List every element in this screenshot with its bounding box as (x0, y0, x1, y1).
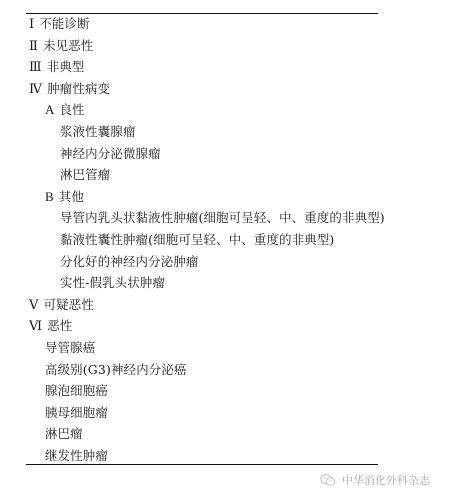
row-text: 未见恶性 (43, 38, 93, 53)
row-text: 恶性 (47, 318, 72, 333)
table-row: 浆液性囊腺瘤 (60, 121, 136, 142)
watermark-text: 中华消化外科杂志 (342, 472, 430, 488)
table-row: Ⅲ非典型 (29, 56, 85, 77)
table-row: 胰母细胞瘤 (45, 402, 108, 423)
table-row: Ⅱ未见恶性 (29, 35, 93, 56)
table-row: Ⅳ肿瘤性病变 (29, 78, 110, 99)
row-text: 导管内乳头状黏液性肿瘤(细胞可呈轻、中、重度的非典型) (60, 210, 385, 225)
row-text: 其他 (59, 189, 84, 204)
row-text: 淋巴瘤 (45, 426, 83, 441)
row-text: 肿瘤性病变 (47, 81, 110, 96)
table-bottom-rule (26, 464, 378, 465)
table-row: Ⅵ恶性 (29, 315, 72, 336)
row-letter: A (45, 99, 55, 120)
row-number: Ⅲ (29, 56, 42, 77)
row-text: 黏液性囊性肿瘤(细胞可呈轻、中、重度的非典型) (60, 232, 334, 247)
row-number: Ⅳ (29, 78, 42, 99)
row-text: 腺泡细胞癌 (45, 383, 108, 398)
row-text: 分化好的神经内分泌肿瘤 (60, 254, 199, 269)
table-row: Ⅰ不能诊断 (29, 13, 90, 34)
row-number: Ⅴ (29, 294, 39, 315)
table-row: 分化好的神经内分泌肿瘤 (60, 251, 199, 272)
row-text: 导管腺癌 (45, 340, 95, 355)
row-number: Ⅰ (29, 13, 34, 34)
row-text: 神经内分泌微腺瘤 (60, 146, 161, 161)
table-row: 导管内乳头状黏液性肿瘤(细胞可呈轻、中、重度的非典型) (60, 207, 385, 228)
table-row: B其他 (45, 186, 84, 207)
table-row: 导管腺癌 (45, 337, 95, 358)
row-text: 实性-假乳头状肿瘤 (60, 275, 165, 290)
row-text: 高级别(G3)神经内分泌癌 (45, 362, 187, 377)
row-text: 非典型 (47, 59, 85, 74)
row-text: 淋巴管瘤 (60, 167, 110, 182)
table-row: A良性 (45, 99, 85, 120)
watermark: 中华消化外科杂志 (320, 470, 430, 490)
table-row: 神经内分泌微腺瘤 (60, 143, 161, 164)
table-row: Ⅴ可疑恶性 (29, 294, 94, 315)
row-text: 不能诊断 (39, 16, 89, 31)
wechat-icon (320, 473, 336, 487)
row-text: 可疑恶性 (44, 297, 94, 312)
row-text: 良性 (60, 102, 85, 117)
table-row: 继发性肿瘤 (45, 445, 108, 466)
row-text: 浆液性囊腺瘤 (60, 124, 136, 139)
table-row: 腺泡细胞癌 (45, 380, 108, 401)
row-text: 胰母细胞瘤 (45, 405, 108, 420)
table-row: 黏液性囊性肿瘤(细胞可呈轻、中、重度的非典型) (60, 229, 334, 250)
table-row: 高级别(G3)神经内分泌癌 (45, 359, 187, 380)
table-row: 实性-假乳头状肿瘤 (60, 272, 165, 293)
row-letter: B (45, 186, 54, 207)
row-text: 继发性肿瘤 (45, 448, 108, 463)
row-number: Ⅱ (29, 35, 38, 56)
row-number: Ⅵ (29, 315, 42, 336)
table-row: 淋巴瘤 (45, 423, 83, 444)
table-row: 淋巴管瘤 (60, 164, 110, 185)
